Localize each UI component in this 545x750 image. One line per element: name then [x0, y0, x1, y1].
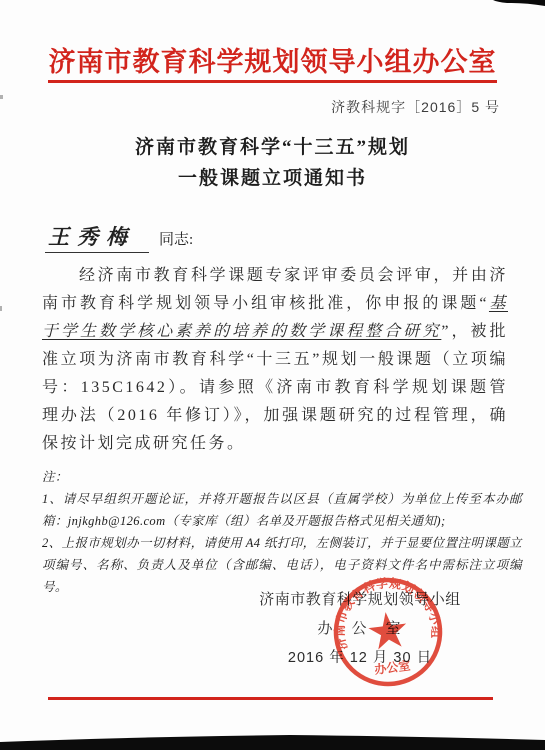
signature-date: 2016 年 12 月 30 日	[250, 650, 470, 666]
salutation-suffix: 同志:	[159, 232, 193, 248]
notes-label: 注：	[42, 466, 522, 488]
letterhead-org-title: 济南市教育科学规划领导小组办公室	[0, 40, 545, 79]
footer-divider-line	[48, 697, 493, 700]
notes-section: 注： 1、请尽早组织开题论证，并将开题报告以区县（直属学校）为单位上传至本办邮箱…	[42, 466, 522, 598]
notice-title-line1: 济南市教育科学“十三五”规划	[0, 132, 545, 163]
body-text-part2: ”，被批准立项为济南市教育科学“十三五”规划一般课题（立项编号：135C1642…	[42, 323, 508, 452]
scan-mark-top-right	[485, 0, 545, 8]
scanned-official-document: 济南市教育科学规划领导小组办公室 济教科规字［2016］5 号 济南市教育科学“…	[0, 0, 545, 750]
signature-org-line2: 办 公 室	[250, 621, 470, 637]
notice-title: 济南市教育科学“十三五”规划 一般课题立项通知书	[0, 132, 545, 194]
note-item-1: 1、请尽早组织开题论证，并将开题报告以区县（直属学校）为单位上传至本办邮箱：jn…	[42, 488, 522, 532]
scan-speck	[0, 95, 3, 99]
notice-title-line2: 一般课题立项通知书	[0, 163, 545, 194]
scan-shadow-bottom-edge	[0, 732, 545, 750]
signature-block: 济南市教育科学规划领导小组 办 公 室 2016 年 12 月 30 日	[250, 592, 470, 666]
body-paragraph: 经济南市教育科学课题专家评审委员会评审，并由济南市教育科学规划领导小组审核批准，…	[42, 262, 508, 458]
note-item-2: 2、上报市规划办一切材料，请使用 A4 纸打印，左侧装订，并于显要位置注明课题立…	[42, 532, 522, 598]
document-number: 济教科规字［2016］5 号	[331, 97, 500, 117]
signature-org-line1: 济南市教育科学规划领导小组	[250, 592, 470, 608]
body-text-part1: 经济南市教育科学课题专家评审委员会评审，并由济南市教育科学规划领导小组审核批准，…	[42, 267, 508, 312]
salutation: 王秀梅同志:	[45, 221, 193, 253]
letterhead-divider-line	[48, 80, 497, 83]
recipient-name-handwritten: 王秀梅	[45, 221, 149, 253]
scan-speck	[0, 306, 2, 311]
